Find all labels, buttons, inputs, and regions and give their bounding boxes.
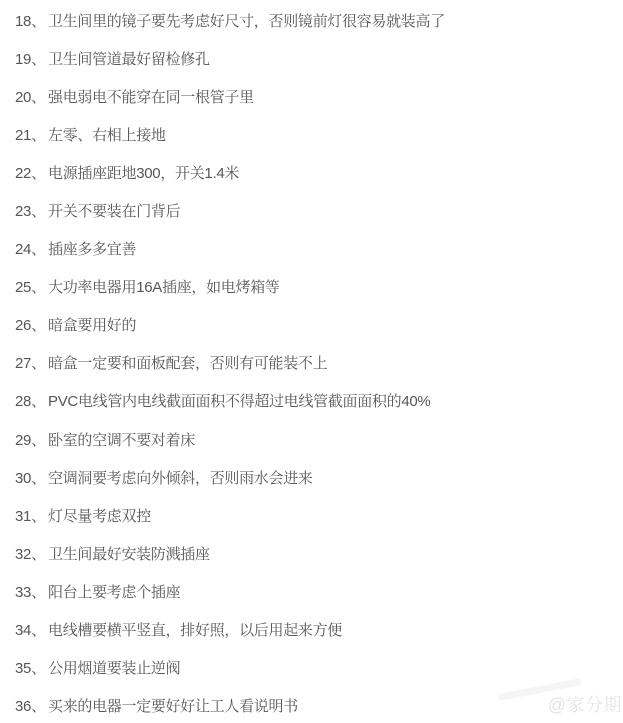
item-text: 暗盒要用好的 bbox=[48, 314, 136, 335]
item-text: 卫生间最好安装防溅插座 bbox=[48, 543, 210, 564]
item-number: 24、 bbox=[15, 238, 48, 259]
item-text: 公用烟道要装止逆阀 bbox=[48, 657, 180, 678]
item-number: 18、 bbox=[15, 10, 48, 31]
item-text: 插座多多宜善 bbox=[48, 238, 136, 259]
watermark: @家分期 bbox=[548, 691, 622, 717]
list-item: 30、 空调洞要考虑向外倾斜，否则雨水会进来 bbox=[15, 458, 623, 496]
item-text: 左零、右相上接地 bbox=[48, 124, 166, 145]
list-item: 34、 电线槽要横平竖直，排好照，以后用起来方便 bbox=[15, 611, 623, 649]
list-item: 24、 插座多多宜善 bbox=[15, 230, 623, 268]
item-text: 强电弱电不能穿在同一根管子里 bbox=[48, 86, 254, 107]
item-number: 22、 bbox=[15, 162, 48, 183]
item-text: 卫生间里的镜子要先考虑好尺寸，否则镜前灯很容易就装高了 bbox=[48, 10, 445, 31]
item-number: 27、 bbox=[15, 352, 48, 373]
list-item: 33、 阳台上要考虑个插座 bbox=[15, 572, 623, 610]
item-number: 25、 bbox=[15, 276, 48, 297]
item-number: 35、 bbox=[15, 657, 48, 678]
list-item: 29、 卧室的空调不要对着床 bbox=[15, 420, 623, 458]
tip-list: 18、 卫生间里的镜子要先考虑好尺寸，否则镜前灯很容易就装高了 19、 卫生间管… bbox=[0, 0, 623, 723]
item-text: 卫生间管道最好留检修孔 bbox=[48, 48, 210, 69]
item-number: 36、 bbox=[15, 695, 48, 716]
item-text: 卧室的空调不要对着床 bbox=[48, 429, 195, 450]
list-item: 19、 卫生间管道最好留检修孔 bbox=[15, 39, 623, 77]
item-text: 大功率电器用16A插座，如电烤箱等 bbox=[48, 276, 280, 297]
list-item: 26、 暗盒要用好的 bbox=[15, 306, 623, 344]
item-number: 26、 bbox=[15, 314, 48, 335]
item-text: 空调洞要考虑向外倾斜，否则雨水会进来 bbox=[48, 467, 313, 488]
item-text: 灯尽量考虑双控 bbox=[48, 505, 151, 526]
item-number: 31、 bbox=[15, 505, 48, 526]
item-number: 19、 bbox=[15, 48, 48, 69]
list-item: 35、 公用烟道要装止逆阀 bbox=[15, 649, 623, 687]
list-item: 28、 PVC电线管内电线截面面积不得超过电线管截面面积的40% bbox=[15, 382, 623, 420]
item-number: 30、 bbox=[15, 467, 48, 488]
item-number: 28、 bbox=[15, 390, 48, 411]
item-number: 29、 bbox=[15, 429, 48, 450]
item-number: 21、 bbox=[15, 124, 48, 145]
list-item: 25、 大功率电器用16A插座，如电烤箱等 bbox=[15, 268, 623, 306]
item-number: 32、 bbox=[15, 543, 48, 564]
document-page: 18、 卫生间里的镜子要先考虑好尺寸，否则镜前灯很容易就装高了 19、 卫生间管… bbox=[0, 0, 623, 723]
item-text: PVC电线管内电线截面面积不得超过电线管截面面积的40% bbox=[48, 390, 430, 411]
list-item: 27、 暗盒一定要和面板配套，否则有可能装不上 bbox=[15, 344, 623, 382]
list-item: 22、 电源插座距地300，开关1.4米 bbox=[15, 153, 623, 191]
item-text: 电线槽要横平竖直，排好照，以后用起来方便 bbox=[48, 619, 342, 640]
list-item: 32、 卫生间最好安装防溅插座 bbox=[15, 534, 623, 572]
list-item: 20、 强电弱电不能穿在同一根管子里 bbox=[15, 77, 623, 115]
item-text: 买来的电器一定要好好让工人看说明书 bbox=[48, 695, 298, 716]
item-number: 20、 bbox=[15, 86, 48, 107]
list-item: 23、 开关不要装在门背后 bbox=[15, 191, 623, 229]
item-number: 34、 bbox=[15, 619, 48, 640]
item-text: 电源插座距地300，开关1.4米 bbox=[48, 162, 239, 183]
item-text: 暗盒一定要和面板配套，否则有可能装不上 bbox=[48, 352, 327, 373]
list-item: 31、 灯尽量考虑双控 bbox=[15, 496, 623, 534]
list-item: 21、 左零、右相上接地 bbox=[15, 115, 623, 153]
list-item: 18、 卫生间里的镜子要先考虑好尺寸，否则镜前灯很容易就装高了 bbox=[15, 1, 623, 39]
item-text: 开关不要装在门背后 bbox=[48, 200, 180, 221]
item-number: 33、 bbox=[15, 581, 48, 602]
item-number: 23、 bbox=[15, 200, 48, 221]
item-text: 阳台上要考虑个插座 bbox=[48, 581, 180, 602]
